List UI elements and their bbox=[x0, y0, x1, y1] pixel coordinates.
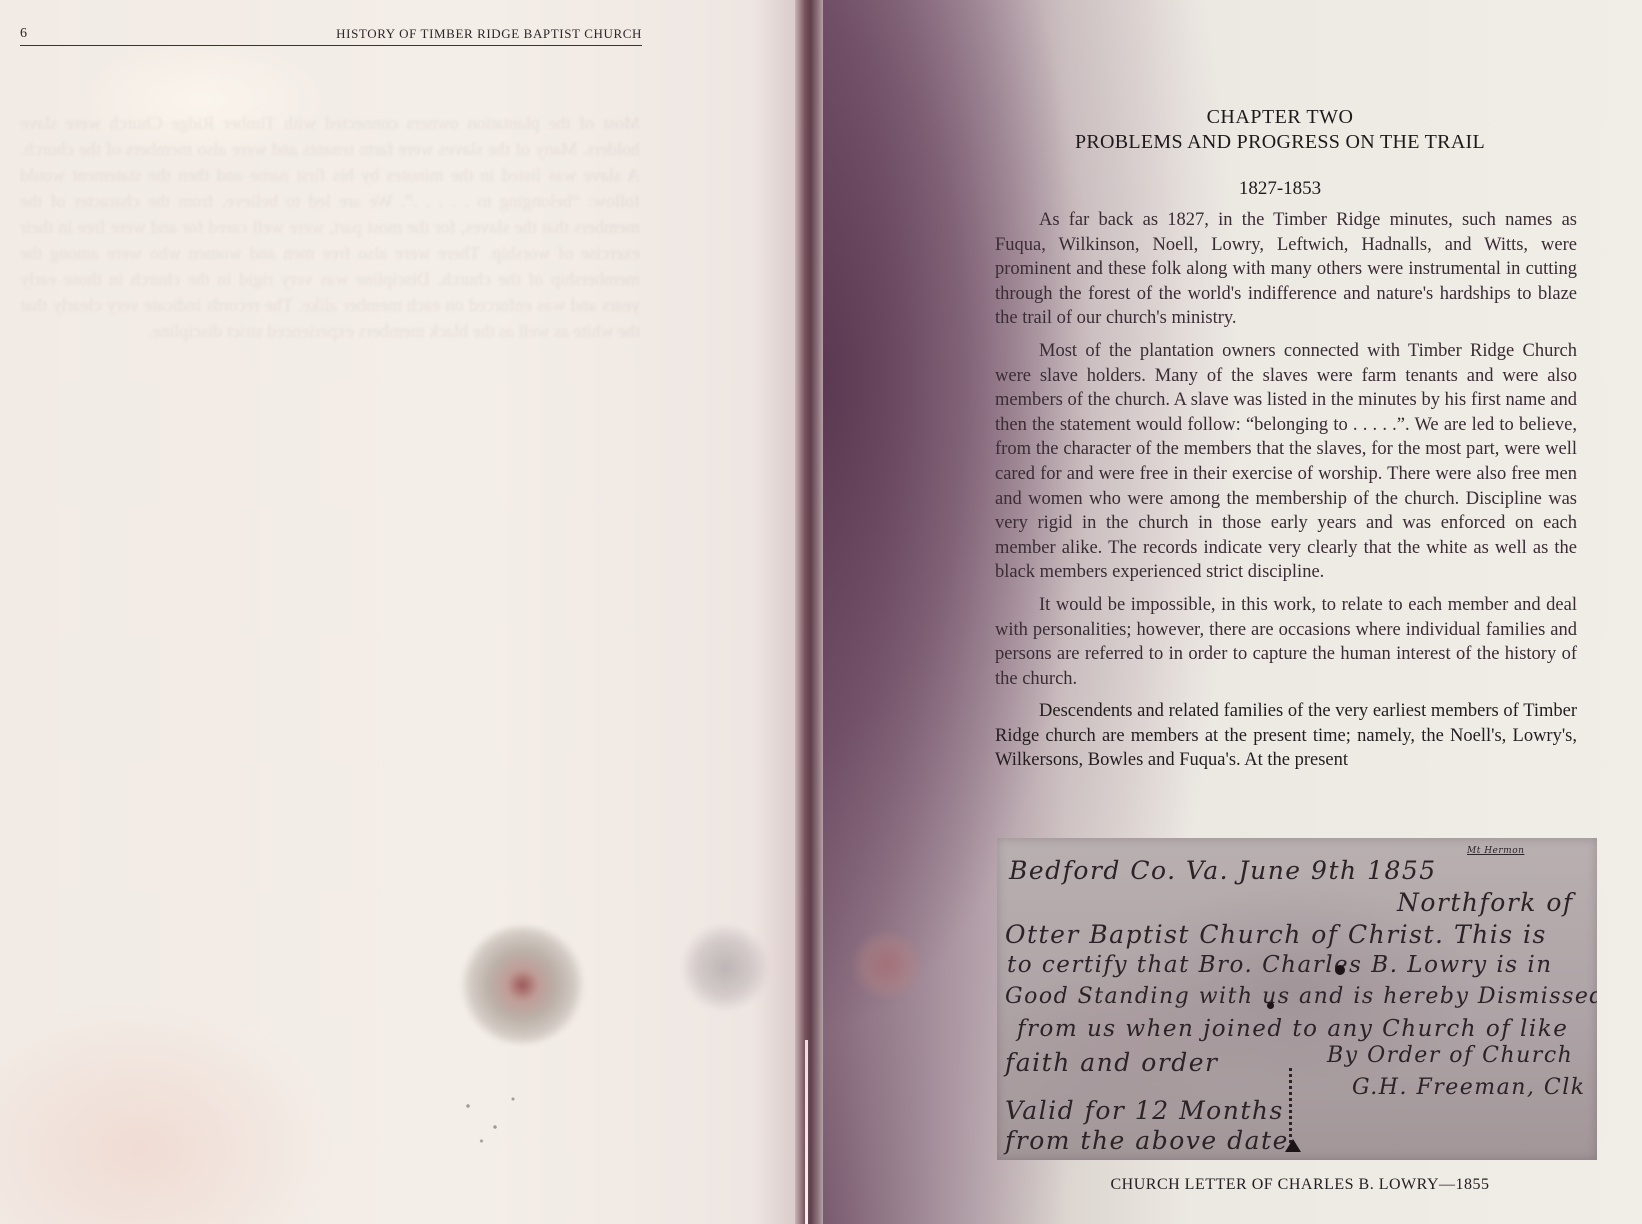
paragraph: It would be impossible, in this work, to… bbox=[995, 593, 1577, 691]
paragraph: Descendents and related families of the … bbox=[995, 699, 1577, 773]
letter-line: to certify that Bro. Charles B. Lowry is… bbox=[1007, 952, 1553, 978]
chapter-date-range: 1827-1853 bbox=[990, 178, 1570, 200]
bleed-through-text: Most of the plantation owners connected … bbox=[20, 110, 640, 344]
letter-corner-note: Mt Hermon bbox=[1467, 846, 1524, 856]
letter-line: Northfork of bbox=[1397, 888, 1574, 917]
letter-line: By Order of Church bbox=[1327, 1043, 1573, 1068]
letter-line: Valid for 12 Months bbox=[1005, 1096, 1284, 1125]
church-letter-photo: Mt Hermon Bedford Co. Va. June 9th 1855 … bbox=[997, 838, 1597, 1160]
stain bbox=[460, 925, 585, 1045]
binding-crack bbox=[805, 1040, 808, 1224]
left-page: 6 HISTORY OF TIMBER RIDGE BAPTIST CHURCH… bbox=[0, 0, 800, 1224]
chapter-body: As far back as 1827, in the Timber Ridge… bbox=[995, 208, 1577, 781]
stain bbox=[850, 930, 925, 1000]
chapter-number: CHAPTER TWO bbox=[990, 106, 1570, 129]
specks bbox=[450, 1085, 540, 1155]
ink-mark bbox=[1285, 1139, 1301, 1152]
running-head: 6 HISTORY OF TIMBER RIDGE BAPTIST CHURCH bbox=[20, 18, 642, 46]
letter-line: Good Standing with us and is hereby Dism… bbox=[1005, 984, 1597, 1009]
letter-line: faith and order bbox=[1005, 1048, 1218, 1077]
letter-line: Bedford Co. Va. June 9th 1855 bbox=[1009, 856, 1437, 885]
ink-blot bbox=[1267, 1002, 1274, 1009]
signature-brace bbox=[1289, 1068, 1300, 1143]
paragraph: As far back as 1827, in the Timber Ridge… bbox=[995, 208, 1577, 331]
stain bbox=[680, 925, 770, 1010]
figure-caption: CHURCH LETTER OF CHARLES B. LOWRY—1855 bbox=[1000, 1176, 1600, 1194]
page-number: 6 bbox=[20, 26, 27, 42]
book-gutter bbox=[795, 0, 823, 1224]
letter-line: from us when joined to any Church of lik… bbox=[1017, 1016, 1568, 1042]
ink-blot bbox=[1335, 965, 1345, 975]
letter-line: from the above date bbox=[1005, 1126, 1289, 1155]
letter-signature: G.H. Freeman, Clk bbox=[1352, 1075, 1586, 1100]
paragraph: Most of the plantation owners connected … bbox=[995, 339, 1577, 585]
letter-line: Otter Baptist Church of Christ. This is bbox=[1005, 920, 1547, 949]
running-title: HISTORY OF TIMBER RIDGE BAPTIST CHURCH bbox=[336, 26, 642, 42]
chapter-title: PROBLEMS AND PROGRESS ON THE TRAIL bbox=[990, 131, 1570, 154]
book-spread: 6 HISTORY OF TIMBER RIDGE BAPTIST CHURCH… bbox=[0, 0, 1642, 1224]
